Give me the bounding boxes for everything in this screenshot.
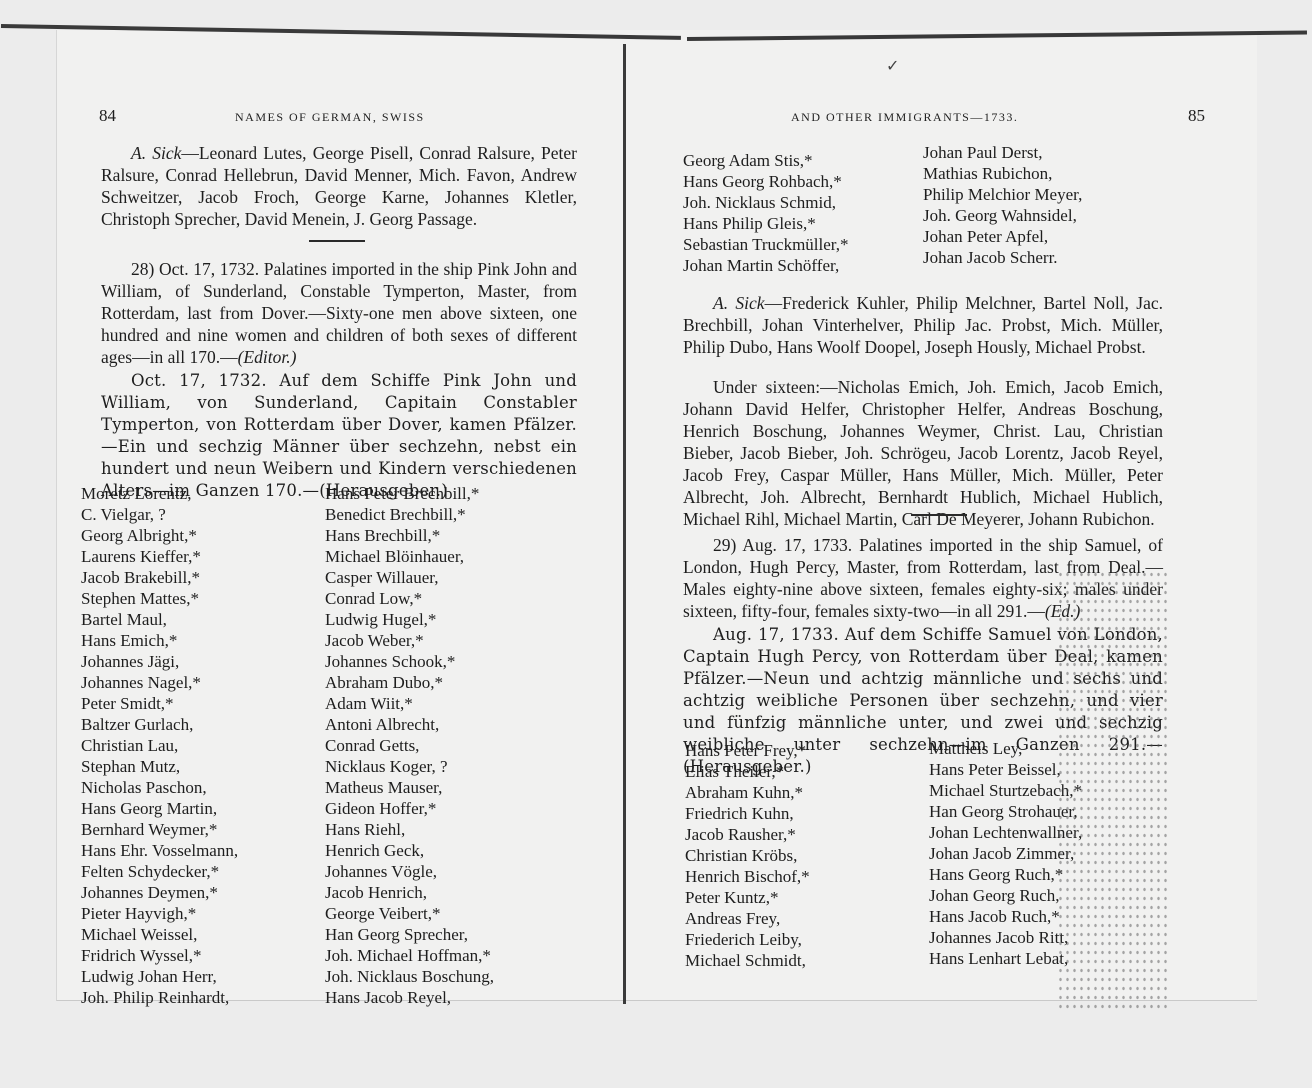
- name-entry: Elias Theiler,*: [685, 761, 810, 782]
- name-entry: Philip Melchior Meyer,: [923, 184, 1082, 205]
- sick-paragraph: A. Sick—Leonard Lutes, George Pisell, Co…: [101, 142, 577, 230]
- name-entry: Michael Weissel,: [81, 924, 238, 945]
- name-entry: Hans Riehl,: [325, 819, 494, 840]
- name-entry: Nicholas Paschon,: [81, 777, 238, 798]
- name-entry: Michael Schmidt,: [685, 950, 810, 971]
- name-entry: Bernhard Weymer,*: [81, 819, 238, 840]
- name-entry: Matheus Mauser,: [325, 777, 494, 798]
- name-entry: Sebastian Truckmüller,*: [683, 234, 849, 255]
- name-entry: Ludwig Hugel,*: [325, 609, 494, 630]
- name-entry: Michael Blöinhauer,: [325, 546, 494, 567]
- name-entry: Joh. Georg Wahnsidel,: [923, 205, 1082, 226]
- name-entry: Jacob Weber,*: [325, 630, 494, 651]
- left-page: 84 Names of German, Swiss A. Sick—Leonar…: [57, 30, 617, 1000]
- names-column-2: Hans Peter Brechbill,*Benedict Brechbill…: [325, 483, 494, 1008]
- name-entry: Adam Wiit,*: [325, 693, 494, 714]
- name-entry: Johan Peter Apfel,: [923, 226, 1082, 247]
- name-entry: Conrad Getts,: [325, 735, 494, 756]
- section-divider: [911, 514, 967, 516]
- name-entry: Johannes Nagel,*: [81, 672, 238, 693]
- name-entry: Georg Albright,*: [81, 525, 238, 546]
- name-entry: Henrich Geck,: [325, 840, 494, 861]
- sick-label: A. Sick: [131, 143, 181, 163]
- name-entry: Moretz Lorentz,: [81, 483, 238, 504]
- name-entry: Conrad Low,*: [325, 588, 494, 609]
- name-entry: Felten Schydecker,*: [81, 861, 238, 882]
- name-entry: Johannes Jägi,: [81, 651, 238, 672]
- entry-number: 29): [713, 535, 736, 555]
- name-entry: Peter Kuntz,*: [685, 887, 810, 908]
- running-head: Names of German, Swiss: [235, 110, 425, 125]
- entry-number: 28): [131, 259, 154, 279]
- name-entry: Johan Jacob Scherr.: [923, 247, 1082, 268]
- entry-text: Oct. 17, 1732. Palatines imported in the…: [101, 259, 577, 367]
- entry-28-english: 28) Oct. 17, 1732. Palatines imported in…: [101, 258, 577, 368]
- name-entry: Benedict Brechbill,*: [325, 504, 494, 525]
- name-entry: Casper Willauer,: [325, 567, 494, 588]
- under-sixteen-paragraph: Under sixteen:—Nicholas Emich, Joh. Emic…: [683, 376, 1163, 530]
- name-entry: Johan Martin Schöffer,: [683, 255, 849, 276]
- name-entry: Christian Lau,: [81, 735, 238, 756]
- names-column-1: Moretz Lorentz,C. Vielgar, ?Georg Albrig…: [81, 483, 238, 1008]
- names-top-column-1: Georg Adam Stis,*Hans Georg Rohbach,*Joh…: [683, 150, 849, 276]
- name-entry: Joh. Nicklaus Schmid,: [683, 192, 849, 213]
- editor-note: (Editor.): [238, 347, 297, 367]
- name-entry: Hans Georg Martin,: [81, 798, 238, 819]
- name-entry: Pieter Hayvigh,*: [81, 903, 238, 924]
- name-entry: Hans Philip Gleis,*: [683, 213, 849, 234]
- name-entry: Hans Brechbill,*: [325, 525, 494, 546]
- name-entry: Abraham Kuhn,*: [685, 782, 810, 803]
- page-number: 84: [99, 106, 116, 126]
- name-entry: Henrich Bischof,*: [685, 866, 810, 887]
- scan-noise: [1057, 570, 1167, 1010]
- name-entry: Georg Adam Stis,*: [683, 150, 849, 171]
- section-divider: [309, 240, 365, 242]
- name-entry: Hans Jacob Reyel,: [325, 987, 494, 1008]
- names-column-1: Hans Peter Frey,*Elias Theiler,*Abraham …: [685, 740, 810, 971]
- name-entry: Laurens Kieffer,*: [81, 546, 238, 567]
- name-entry: Bartel Maul,: [81, 609, 238, 630]
- name-entry: Stephen Mattes,*: [81, 588, 238, 609]
- name-entry: Johannes Vögle,: [325, 861, 494, 882]
- name-entry: Friedrich Kuhn,: [685, 803, 810, 824]
- name-entry: Antoni Albrecht,: [325, 714, 494, 735]
- name-entry: Joh. Michael Hoffman,*: [325, 945, 494, 966]
- name-entry: C. Vielgar, ?: [81, 504, 238, 525]
- name-entry: Jacob Rausher,*: [685, 824, 810, 845]
- book-spread: 84 Names of German, Swiss A. Sick—Leonar…: [56, 30, 1257, 1001]
- name-entry: Hans Peter Frey,*: [685, 740, 810, 761]
- names-top-column-2: Johan Paul Derst,Mathias Rubichon,Philip…: [923, 142, 1082, 268]
- name-entry: Andreas Frey,: [685, 908, 810, 929]
- name-entry: Stephan Mutz,: [81, 756, 238, 777]
- name-entry: Peter Smidt,*: [81, 693, 238, 714]
- name-entry: Christian Kröbs,: [685, 845, 810, 866]
- name-entry: Jacob Brakebill,*: [81, 567, 238, 588]
- sick-label: A. Sick: [713, 293, 765, 313]
- name-entry: Friederich Leiby,: [685, 929, 810, 950]
- name-entry: George Veibert,*: [325, 903, 494, 924]
- name-entry: Johan Paul Derst,: [923, 142, 1082, 163]
- name-entry: Fridrich Wyssel,*: [81, 945, 238, 966]
- name-entry: Baltzer Gurlach,: [81, 714, 238, 735]
- name-entry: Mathias Rubichon,: [923, 163, 1082, 184]
- page-number: 85: [1188, 106, 1205, 126]
- name-entry: Joh. Nicklaus Boschung,: [325, 966, 494, 987]
- name-entry: Hans Ehr. Vosselmann,: [81, 840, 238, 861]
- running-head: And Other Immigrants—1733.: [791, 110, 1018, 125]
- name-entry: Gideon Hoffer,*: [325, 798, 494, 819]
- sick-paragraph: A. Sick—Frederick Kuhler, Philip Melchne…: [683, 292, 1163, 358]
- name-entry: Jacob Henrich,: [325, 882, 494, 903]
- name-entry: Hans Peter Brechbill,*: [325, 483, 494, 504]
- name-entry: Johannes Deymen,*: [81, 882, 238, 903]
- name-entry: Hans Emich,*: [81, 630, 238, 651]
- name-entry: Nicklaus Koger, ?: [325, 756, 494, 777]
- name-entry: Johannes Schook,*: [325, 651, 494, 672]
- right-page: And Other Immigrants—1733. 85 Georg Adam…: [657, 30, 1257, 1000]
- name-entry: Joh. Philip Reinhardt,: [81, 987, 238, 1008]
- check-mark: ✓: [886, 56, 899, 76]
- name-entry: Hans Georg Rohbach,*: [683, 171, 849, 192]
- book-spine: [623, 44, 626, 1004]
- name-entry: Abraham Dubo,*: [325, 672, 494, 693]
- name-entry: Han Georg Sprecher,: [325, 924, 494, 945]
- name-entry: Ludwig Johan Herr,: [81, 966, 238, 987]
